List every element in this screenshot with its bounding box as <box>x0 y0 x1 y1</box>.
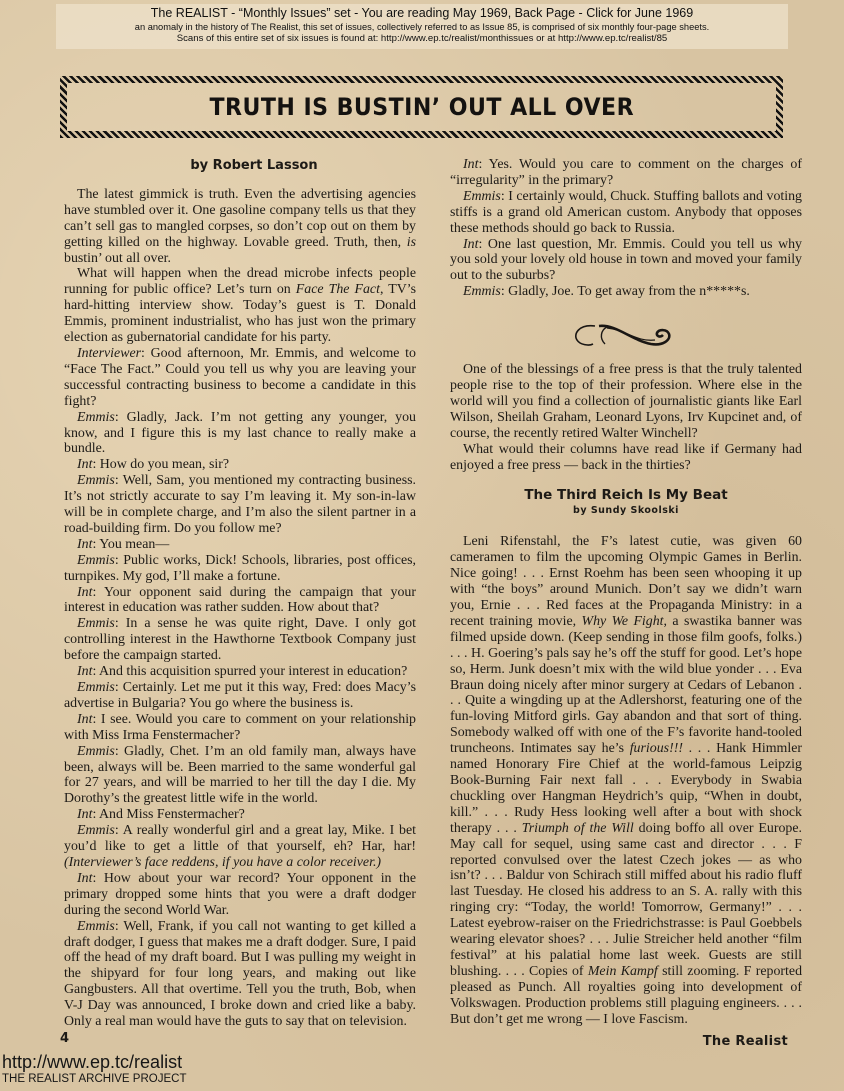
left-column: by Robert Lasson The latest gimmick is t… <box>64 150 416 1030</box>
dialogue-line: Emmis: Well, Frank, if you call not want… <box>64 919 416 1030</box>
flourish-ornament-icon <box>571 320 681 350</box>
dialogue-line: Int: How do you mean, sir? <box>64 457 416 473</box>
banner-title-link[interactable]: The REALIST - “Monthly Issues” set - You… <box>56 6 788 21</box>
article-title: TRUTH IS BUSTIN’ OUT ALL OVER <box>209 93 634 121</box>
right-column: Int: Yes. Would you care to comment on t… <box>450 157 802 1028</box>
speaker: Emmis <box>77 616 115 631</box>
dialogue-line: Int: And Miss Fenstermacher? <box>64 807 416 823</box>
article-title-box: TRUTH IS BUSTIN’ OUT ALL OVER <box>60 76 783 138</box>
dialogue-line: Emmis: Gladly, Jack. I’m not getting any… <box>64 410 416 458</box>
speaker: Emmis <box>77 553 115 568</box>
banner-scans-info: Scans of this entire set of six issues i… <box>56 33 788 45</box>
dialogue-line: Emmis: Certainly. Let me put it this way… <box>64 680 416 712</box>
dialogue-line: Emmis: A really wonderful girl and a gre… <box>64 823 416 871</box>
free-press-paragraph-2: What would their columns have read like … <box>450 442 802 474</box>
speaker: Emmis <box>463 284 501 299</box>
issue-navigation-banner[interactable]: The REALIST - “Monthly Issues” set - You… <box>56 4 788 49</box>
dialogue-line: Int: One last question, Mr. Emmis. Could… <box>450 237 802 285</box>
dialogue-line: Int: I see. Would you care to comment on… <box>64 712 416 744</box>
speaker: Int <box>463 237 478 252</box>
show-name: Face The Fact <box>296 282 380 297</box>
speaker: Emmis <box>77 919 115 934</box>
dialogue-line: Emmis: I certainly would, Chuck. Stuffin… <box>450 189 802 237</box>
dialogue-line: Emmis: In a sense he was quite right, Da… <box>64 616 416 664</box>
film-title: Why We Fight <box>582 614 664 629</box>
speaker: Emmis <box>77 473 115 488</box>
dialogue-line: Int: Yes. Would you care to comment on t… <box>450 157 802 189</box>
speaker: Emmis <box>77 680 115 695</box>
speaker: Emmis <box>77 823 115 838</box>
dialogue-line: Int: You mean— <box>64 537 416 553</box>
speaker: Emmis <box>77 744 115 759</box>
book-title: Mein Kampf <box>588 964 658 979</box>
archive-url-link[interactable]: http://www.ep.tc/realist <box>2 1052 182 1073</box>
banner-description: an anomaly in the history of The Realist… <box>56 21 788 33</box>
column-body: Leni Rifenstahl, the F’s latest cutie, w… <box>450 534 802 1027</box>
dialogue-line: Emmis: Public works, Dick! Schools, libr… <box>64 553 416 585</box>
page-number: 4 <box>60 1031 69 1046</box>
dialogue-line: Emmis: Gladly, Chet. I’m an old family m… <box>64 744 416 808</box>
speaker: Interviewer <box>77 346 141 361</box>
dialogue-line: Int: And this acquisition spurred your i… <box>64 664 416 680</box>
speaker: Emmis <box>77 410 115 425</box>
free-press-paragraph-1: One of the blessings of a free press is … <box>450 362 802 442</box>
magazine-name: The Realist <box>703 1034 788 1049</box>
dialogue-line: Emmis: Well, Sam, you mentioned my contr… <box>64 473 416 537</box>
intro-paragraph-2: What will happen when the dread microbe … <box>64 266 416 346</box>
stage-direction: (Interviewer’s face reddens, if you have… <box>64 855 381 870</box>
speaker: Int <box>463 157 478 172</box>
dialogue-line: Int: Your opponent said during the campa… <box>64 585 416 617</box>
column-byline: by Sundy Skoolski <box>450 503 802 519</box>
column-title: The Third Reich Is My Beat <box>450 487 802 503</box>
speaker: Emmis <box>463 189 501 204</box>
speaker: Int <box>77 871 92 886</box>
speaker: Int <box>77 807 92 822</box>
speaker: Int <box>77 537 92 552</box>
speaker: Int <box>77 712 92 727</box>
dialogue-line: Int: How about your war record? Your opp… <box>64 871 416 919</box>
article-byline: by Robert Lasson <box>64 158 416 174</box>
dialogue-line: Interviewer: Good afternoon, Mr. Emmis, … <box>64 346 416 410</box>
intro-paragraph-1: The latest gimmick is truth. Even the ad… <box>64 187 416 267</box>
speaker: Int <box>77 664 92 679</box>
speaker: Int <box>77 585 92 600</box>
dialogue-line: Emmis: Gladly, Joe. To get away from the… <box>450 284 802 300</box>
speaker: Int <box>77 457 92 472</box>
archive-project-name: THE REALIST ARCHIVE PROJECT <box>2 1073 186 1085</box>
film-title: Triumph of the Will <box>522 821 634 836</box>
